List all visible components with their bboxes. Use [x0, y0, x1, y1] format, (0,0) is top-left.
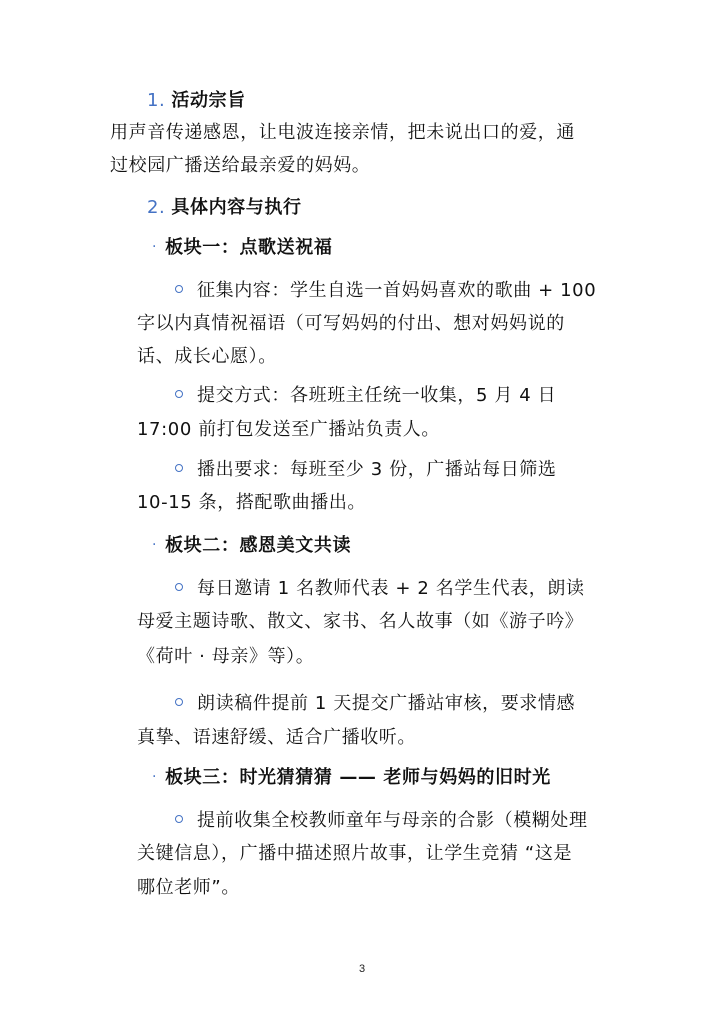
- hollow-circle-bullet-icon: [175, 285, 183, 293]
- section-title: 具体内容与执行: [171, 197, 301, 218]
- paragraph-line: 用声音传递感恩，让电波连接亲情，把未说出口的爱，通: [110, 122, 575, 144]
- hollow-circle-bullet-icon: [175, 815, 183, 823]
- block-title: 板块三：时光猜猜猜 —— 老师与妈妈的旧时光: [165, 767, 551, 788]
- list-item-line: 每日邀请 1 名教师代表 + 2 名学生代表，朗读: [175, 578, 585, 600]
- bullet-dot-icon: ·: [152, 769, 157, 785]
- section-heading-purpose: 1.活动宗旨: [147, 90, 246, 112]
- hollow-circle-bullet-icon: [175, 390, 183, 398]
- bullet-dot-icon: ·: [152, 239, 157, 255]
- block-heading-3: ·板块三：时光猜猜猜 —— 老师与妈妈的旧时光: [152, 767, 551, 790]
- list-item-line: 字以内真情祝福语（可写妈妈的付出、想对妈妈说的: [137, 313, 565, 335]
- section-heading-content: 2.具体内容与执行: [147, 197, 302, 219]
- list-item-line: 提交方式：各班班主任统一收集，5 月 4 日: [175, 385, 556, 407]
- block-title: 板块一：点歌送祝福: [165, 237, 332, 258]
- list-item-line: 话、成长心愿）。: [137, 346, 277, 368]
- hollow-circle-bullet-icon: [175, 464, 183, 472]
- item-text: 征集内容：学生自选一首妈妈喜欢的歌曲 + 100: [197, 280, 596, 301]
- hollow-circle-bullet-icon: [175, 583, 183, 591]
- paragraph-line: 过校园广播送给最亲爱的妈妈。: [110, 155, 370, 177]
- list-item-line: 征集内容：学生自选一首妈妈喜欢的歌曲 + 100: [175, 280, 596, 302]
- list-number: 1.: [147, 90, 165, 111]
- block-heading-1: ·板块一：点歌送祝福: [152, 237, 332, 260]
- list-item-line: 哪位老师”。: [137, 877, 240, 899]
- list-item-line: 10-15 条，搭配歌曲播出。: [137, 492, 366, 514]
- item-text: 提交方式：各班班主任统一收集，5 月 4 日: [197, 385, 556, 406]
- list-item-line: 真挚、语速舒缓、适合广播收听。: [137, 727, 416, 749]
- list-item-line: 关键信息），广播中描述照片故事，让学生竞猜 “这是: [137, 843, 572, 865]
- hollow-circle-bullet-icon: [175, 698, 183, 706]
- bullet-dot-icon: ·: [152, 537, 157, 553]
- list-item-line: 《荷叶 · 母亲》等）。: [137, 646, 314, 668]
- item-text: 朗读稿件提前 1 天提交广播站审核，要求情感: [197, 693, 575, 714]
- list-item-line: 提前收集全校教师童年与母亲的合影（模糊处理: [175, 810, 588, 832]
- item-text: 每日邀请 1 名教师代表 + 2 名学生代表，朗读: [197, 578, 585, 599]
- list-item-line: 播出要求：每班至少 3 份，广播站每日筛选: [175, 459, 557, 481]
- block-title: 板块二：感恩美文共读: [165, 535, 351, 556]
- section-title: 活动宗旨: [171, 90, 245, 111]
- item-text: 提前收集全校教师童年与母亲的合影（模糊处理: [197, 810, 588, 831]
- block-heading-2: ·板块二：感恩美文共读: [152, 535, 351, 558]
- list-item-line: 母爱主题诗歌、散文、家书、名人故事（如《游子吟》: [137, 611, 583, 633]
- item-text: 播出要求：每班至少 3 份，广播站每日筛选: [197, 459, 557, 480]
- document-page: 1.活动宗旨 用声音传递感恩，让电波连接亲情，把未说出口的爱，通 过校园广播送给…: [0, 0, 724, 1024]
- page-number: 3: [0, 963, 724, 975]
- list-number: 2.: [147, 197, 165, 218]
- list-item-line: 17:00 前打包发送至广播站负责人。: [137, 419, 440, 441]
- list-item-line: 朗读稿件提前 1 天提交广播站审核，要求情感: [175, 693, 575, 715]
